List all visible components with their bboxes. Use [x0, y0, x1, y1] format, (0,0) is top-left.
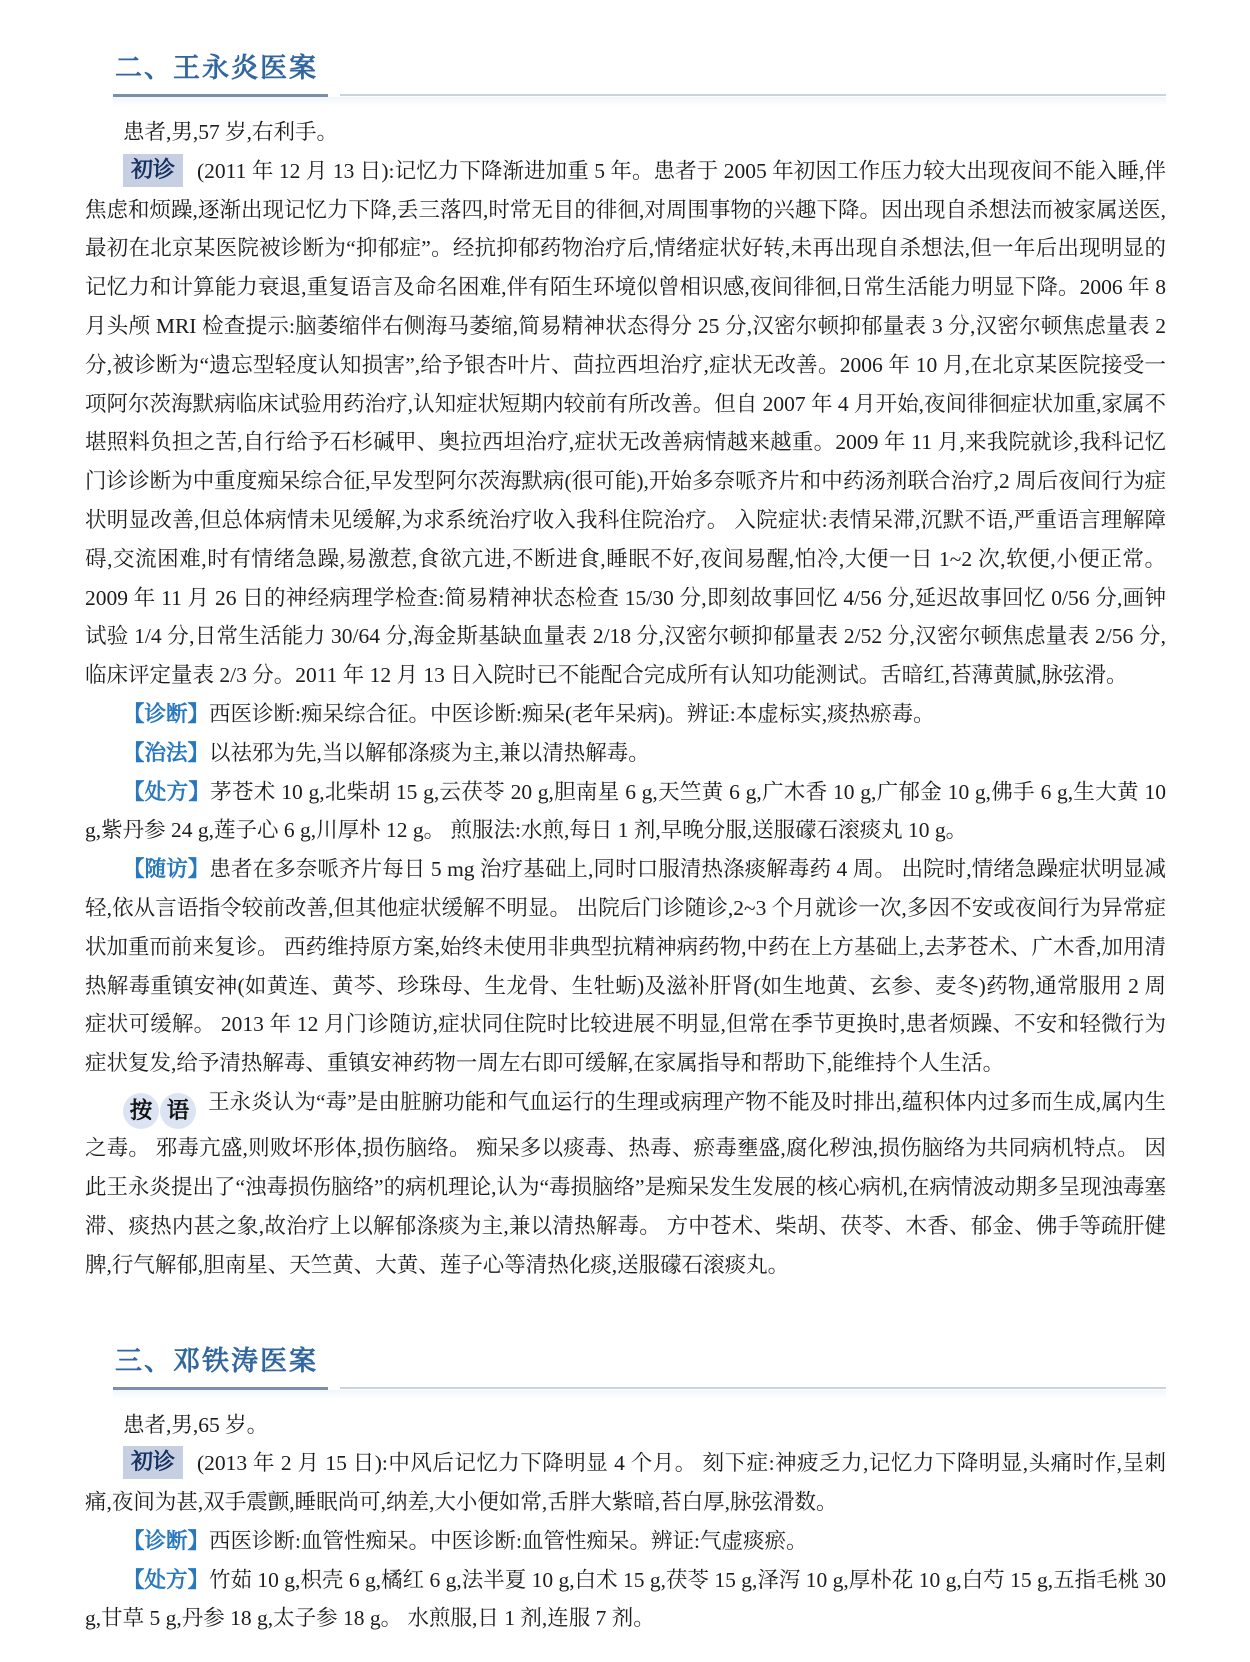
diagnosis-text: 西医诊断:痴呆综合征。中医诊断:痴呆(老年呆病)。辨证:本虚标实,痰热瘀毒。 [209, 702, 935, 726]
annotation-badge-char-1: 按 [123, 1093, 159, 1129]
diagnosis-label-2: 【诊断】 [123, 1529, 209, 1553]
section-2-heading-row: 三、邓铁涛医案 [113, 1339, 1166, 1390]
followup-label: 【随访】 [123, 857, 209, 881]
first-visit-tag: 初诊 [123, 154, 183, 187]
section-1-annotation-paragraph: 按语王永炎认为“毒”是由脏腑功能和气血运行的生理或病理产物不能及时排出,蕴积体内… [85, 1083, 1166, 1285]
section-1-followup-paragraph: 【随访】患者在多奈哌齐片每日 5 mg 治疗基础上,同时口服清热涤痰解毒药 4 … [85, 850, 1166, 1083]
prescription-label: 【处方】 [123, 780, 210, 804]
diagnosis-label: 【诊断】 [123, 702, 209, 726]
section-1-patient-line: 患者,男,57 岁,右利手。 [85, 113, 1166, 152]
prescription-text-2: 竹茹 10 g,枳壳 6 g,橘红 6 g,法半夏 10 g,白术 15 g,茯… [85, 1568, 1166, 1631]
section-2-heading-rule [340, 1387, 1166, 1389]
treatment-method-text: 以祛邪为先,当以解郁涤痰为主,兼以清热解毒。 [209, 741, 650, 765]
section-1-heading-row: 二、王永炎医案 [113, 46, 1166, 97]
first-visit-text: (2011 年 12 月 13 日):记忆力下降渐进加重 5 年。患者于 200… [85, 159, 1166, 687]
section-1-first-visit-paragraph: 初诊(2011 年 12 月 13 日):记忆力下降渐进加重 5 年。患者于 2… [85, 152, 1166, 695]
first-visit-text-2: (2013 年 2 月 15 日):中风后记忆力下降明显 4 个月。 刻下症:神… [85, 1451, 1166, 1514]
section-2-patient-line: 患者,男,65 岁。 [85, 1406, 1166, 1445]
treatment-method-label: 【治法】 [123, 741, 209, 765]
first-visit-tag-2: 初诊 [123, 1446, 183, 1479]
section-1-heading-rule [340, 94, 1166, 96]
annotation-text: 王永炎认为“毒”是由脏腑功能和气血运行的生理或病理产物不能及时排出,蕴积体内过多… [85, 1090, 1166, 1277]
section-1-treatment-method-paragraph: 【治法】以祛邪为先,当以解郁涤痰为主,兼以清热解毒。 [85, 734, 1166, 773]
section-1-diagnosis-paragraph: 【诊断】西医诊断:痴呆综合征。中医诊断:痴呆(老年呆病)。辨证:本虚标实,痰热瘀… [85, 695, 1166, 734]
section-2-prescription-paragraph: 【处方】竹茹 10 g,枳壳 6 g,橘红 6 g,法半夏 10 g,白术 15… [85, 1561, 1166, 1639]
prescription-text: 茅苍术 10 g,北柴胡 15 g,云茯苓 20 g,胆南星 6 g,天竺黄 6… [85, 780, 1166, 843]
annotation-badge-char-2: 语 [160, 1093, 196, 1129]
section-2-diagnosis-paragraph: 【诊断】西医诊断:血管性痴呆。中医诊断:血管性痴呆。辨证:气虚痰瘀。 [85, 1522, 1166, 1561]
section-1-title: 二、王永炎医案 [113, 46, 328, 97]
section-2-first-visit-paragraph: 初诊(2013 年 2 月 15 日):中风后记忆力下降明显 4 个月。 刻下症… [85, 1444, 1166, 1522]
diagnosis-text-2: 西医诊断:血管性痴呆。中医诊断:血管性痴呆。辨证:气虚痰瘀。 [209, 1529, 807, 1553]
followup-text: 患者在多奈哌齐片每日 5 mg 治疗基础上,同时口服清热涤痰解毒药 4 周。 出… [85, 857, 1166, 1075]
section-2-title: 三、邓铁涛医案 [113, 1339, 328, 1390]
prescription-label-2: 【处方】 [123, 1568, 209, 1592]
document-page: 二、王永炎医案 患者,男,57 岁,右利手。 初诊(2011 年 12 月 13… [0, 0, 1250, 1662]
section-1-prescription-paragraph: 【处方】茅苍术 10 g,北柴胡 15 g,云茯苓 20 g,胆南星 6 g,天… [85, 773, 1166, 851]
